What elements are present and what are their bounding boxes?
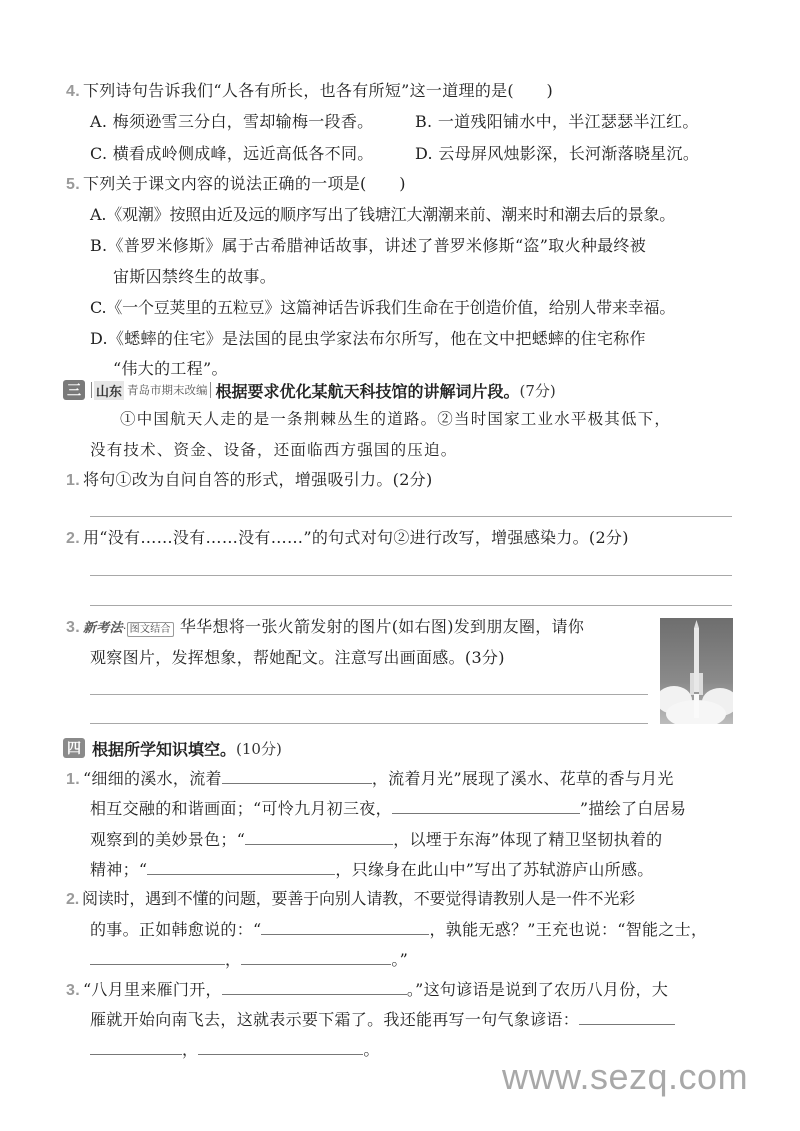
- fill-blank[interactable]: [241, 948, 391, 965]
- q5-stem: 5.下列关于课文内容的说法正确的一项是( ): [66, 173, 406, 196]
- q4-option-a: A. 梅须逊雪三分白，雪却输梅一段香。: [90, 111, 373, 133]
- fill-blank[interactable]: [245, 828, 393, 845]
- s4-q1-line3: 观察到的美妙景色；“，以堙于东海”体现了精卫坚韧执着的: [90, 828, 662, 851]
- source-tag: 山东 青岛市期末改编: [89, 381, 213, 400]
- section-4-badge: 四: [63, 738, 85, 758]
- fill-blank[interactable]: [90, 1038, 182, 1055]
- rocket-launch-image: [660, 618, 733, 724]
- s4-q2-line1: 2.阅读时，遇到不懂的问题，要善于向别人请教，不要觉得请教别人是一件不光彩: [66, 888, 635, 911]
- passage-line-2: 没有技术、资金、设备，还面临西方强国的压迫。: [90, 439, 457, 461]
- s4-q1-line4: 精神；“，只缘身在此山中”写出了苏轼游庐山所感。: [90, 858, 654, 881]
- s3-q3: 3.新考法·图文结合华华想将一张火箭发射的图片(如右图)发到朋友圈，请你: [66, 616, 584, 640]
- fill-blank[interactable]: [198, 1038, 363, 1055]
- q4-option-c: C. 横看成岭侧成峰，远近高低各不同。: [90, 143, 374, 165]
- s3-q3-cont: 观察图片，发挥想象，帮她配文。注意写出画面感。(3分): [90, 647, 505, 669]
- fill-blank[interactable]: [147, 858, 335, 875]
- section-3-badge: 三: [63, 380, 85, 400]
- s4-q3-line1: 3.“八月里来雁门开，。”这句谚语是说到了农历八月份，大: [66, 978, 668, 1002]
- new-method-tag: 新考法·图文结合: [83, 618, 174, 640]
- s4-q2-line3: ，。”: [90, 948, 408, 971]
- s4-q3-line2: 雁就开始向南飞去，这就表示要下霜了。我还能再写一句气象谚语：: [90, 1008, 675, 1031]
- q5-option-a: A.《观潮》按照由近及远的顺序写出了钱塘江大潮潮来前、潮来时和潮去后的景象。: [90, 204, 675, 226]
- answer-line[interactable]: [90, 723, 648, 724]
- q4-stem: 4.下列诗句告诉我们“人各有所长，也各有所短”这一道理的是( ): [66, 80, 553, 103]
- fill-blank[interactable]: [261, 918, 429, 935]
- s4-q2-line2: 的事。正如韩愈说的：“，孰能无惑？”王充也说：“智能之士，: [90, 918, 707, 941]
- section-3-header: 三 山东 青岛市期末改编 根据要求优化某航天科技馆的讲解词片段。 (7分): [63, 378, 556, 402]
- passage-line-1: ①中国航天人走的是一条荆棘丛生的道路。②当时国家工业水平极其低下，: [120, 408, 671, 430]
- answer-line[interactable]: [90, 694, 648, 695]
- fill-blank[interactable]: [222, 767, 372, 784]
- fill-blank[interactable]: [90, 948, 225, 965]
- section-4-score: (10分): [236, 738, 282, 759]
- fill-blank[interactable]: [392, 797, 580, 814]
- section-3-title: 根据要求优化某航天科技馆的讲解词片段。: [216, 379, 520, 402]
- section-4-header: 四 根据所学知识填空。 (10分): [63, 736, 282, 760]
- s4-q3-line3: ，。: [90, 1038, 380, 1061]
- q5-option-b: B.《普罗米修斯》属于古希腊神话故事，讲述了普罗米修斯“盗”取火种最终被: [90, 235, 646, 257]
- q5-option-d: D.《蟋蟀的住宅》是法国的昆虫学家法布尔所写，他在文中把蟋蟀的住宅称作: [90, 328, 646, 350]
- fill-blank[interactable]: [579, 1008, 675, 1025]
- exam-page: 4.下列诗句告诉我们“人各有所长，也各有所短”这一道理的是( ) A. 梅须逊雪…: [0, 0, 800, 1131]
- q5-option-d-cont: “伟大的工程”。: [113, 358, 228, 380]
- q4-option-d: D. 云母屏风烛影深，长河渐落晓星沉。: [415, 143, 699, 165]
- s3-q1: 1.将句①改为自问自答的形式，增强吸引力。(2分): [66, 469, 433, 492]
- section-4-title: 根据所学知识填空。: [92, 737, 236, 760]
- fill-blank[interactable]: [222, 978, 407, 995]
- answer-line[interactable]: [90, 516, 732, 517]
- s4-q1-line2: 相互交融的和谐画面；“可怜九月初三夜，”描绘了白居易: [90, 797, 686, 820]
- q5-option-b-cont: 宙斯囚禁终生的故事。: [113, 266, 276, 288]
- answer-line[interactable]: [90, 575, 732, 576]
- q4-option-b: B. 一道残阳铺水中，半江瑟瑟半江红。: [415, 111, 699, 133]
- q5-option-c: C.《一个豆荚里的五粒豆》这篇神话告诉我们生命在于创造价值，给别人带来幸福。: [90, 297, 675, 319]
- watermark: www.sezq.com: [502, 1056, 748, 1098]
- answer-line[interactable]: [90, 605, 732, 606]
- s3-q2: 2.用“没有……没有……没有……”的句式对句②进行改写，增强感染力。(2分): [66, 527, 629, 550]
- section-3-score: (7分): [520, 380, 556, 401]
- s4-q1-line1: 1.“细细的溪水，流着，流着月光”展现了溪水、花草的香与月光: [66, 767, 674, 791]
